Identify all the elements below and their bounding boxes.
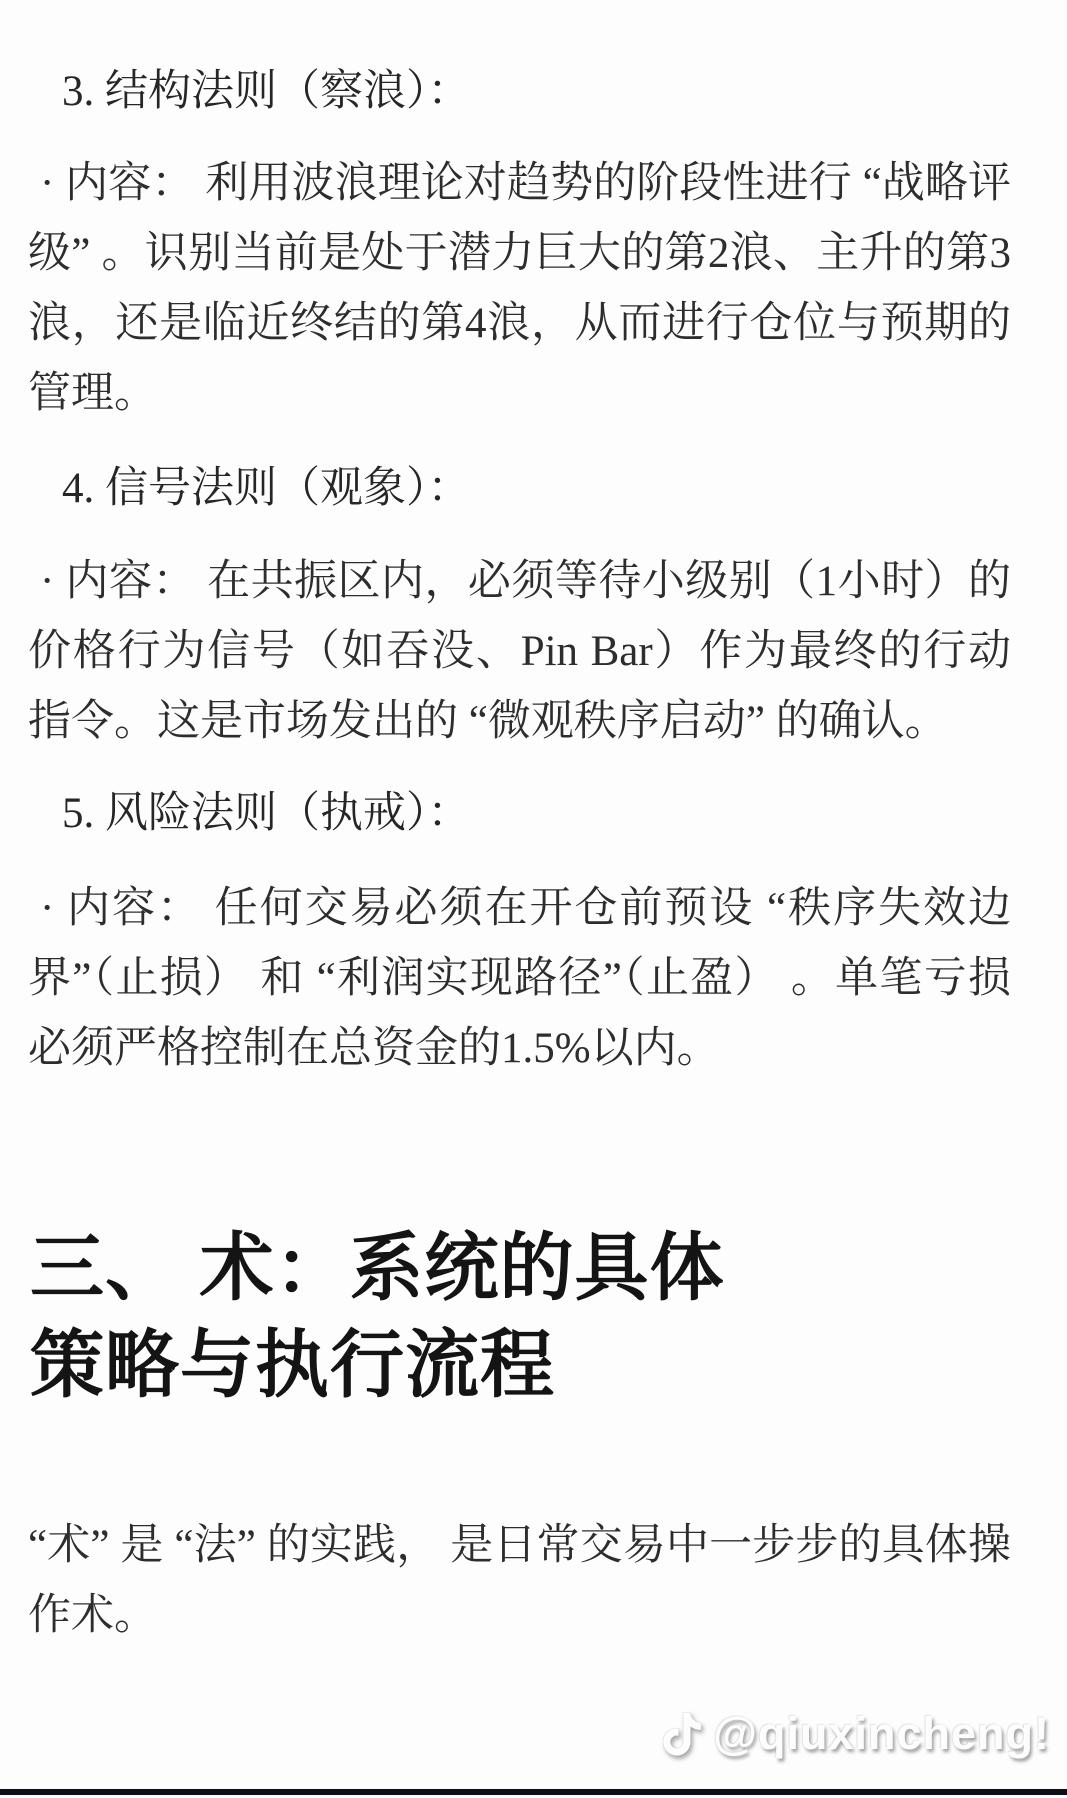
chapter-title-line2: 策略与执行流程 (30, 1325, 555, 1407)
watermark-handle: @qiuxincheng! (713, 1708, 1050, 1760)
watermark: @qiuxincheng! (663, 1708, 1050, 1760)
section-paragraph-5: · 内容： 任何交易必须在开仓前预设 “秩序失效边界”（止损） 和 “利润实现路… (28, 874, 1011, 1084)
section-heading-4: 4. 信号法则（观象）： (62, 454, 471, 524)
douyin-note-icon (663, 1712, 701, 1756)
section-paragraph-3: · 内容： 利用波浪理论对趋势的阶段性进行 “战略评级” 。识别当前是处于潜力巨… (28, 149, 1011, 429)
chapter-title-line1: 三、 术：系统的具体 (30, 1228, 725, 1310)
closing-paragraph: “术” 是 “法” 的实践， 是日常交易中一步步的具体操作术。 (28, 1511, 1011, 1651)
section-heading-5: 5. 风险法则（执戒）： (62, 779, 471, 849)
bottom-bar (0, 1789, 1067, 1795)
section-paragraph-4: · 内容： 在共振区内，必须等待小级别（1小时）的价格行为信号（如吞没、Pin … (28, 547, 1011, 757)
chapter-title: 三、 术：系统的具体 策略与执行流程 (30, 1221, 725, 1415)
section-heading-3: 3. 结构法则（察浪）： (62, 57, 471, 127)
document-page: 3. 结构法则（察浪）： · 内容： 利用波浪理论对趋势的阶段性进行 “战略评级… (0, 0, 1067, 1798)
